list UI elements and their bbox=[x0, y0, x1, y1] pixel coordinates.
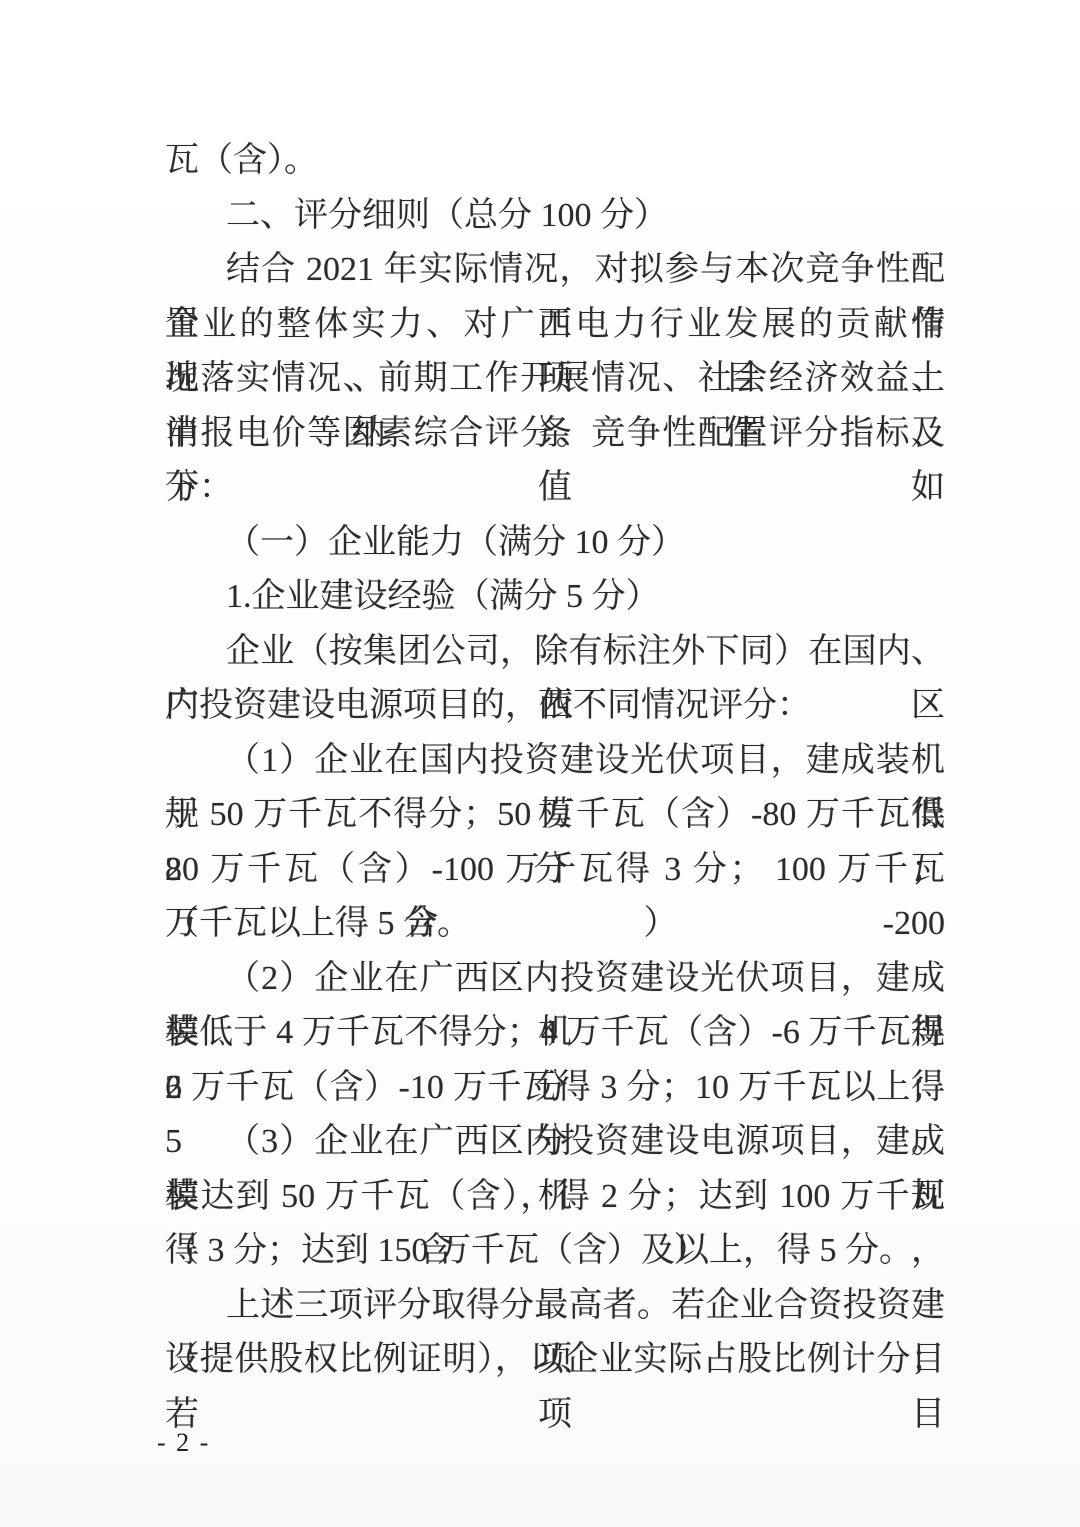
section-heading: 二、评分细则（总分 100 分） bbox=[165, 189, 945, 244]
text-line: 于 50 万千瓦不得分；50 万千瓦（含）-80 万千瓦得 2 分； bbox=[165, 788, 945, 843]
text-line: 瓦（含）。 bbox=[165, 134, 945, 189]
text-line: 地落实情况、前期工作开展情况、社会经济效益、消纳条件、 bbox=[165, 352, 945, 407]
text-line: 结合 2021 年实际情况，对拟参与本次竞争性配置工作 bbox=[165, 243, 945, 298]
text-line: 企业的整体实力、对广西电力行业发展的贡献情况、项目土 bbox=[165, 298, 945, 353]
text-line: （提供股权比例证明），以企业实际占股比例计分；若项目 bbox=[165, 1333, 945, 1388]
text-line: （3）企业在广西区内投资建设电源项目，建成装机规 bbox=[165, 1115, 945, 1170]
text-line: 80 万千瓦（含）-100 万千瓦得 3 分； 100 万千瓦（含）-200 bbox=[165, 843, 945, 898]
document-text-block: 瓦（含）。 二、评分细则（总分 100 分） 结合 2021 年实际情况，对拟参… bbox=[165, 134, 945, 1388]
page-number: - 2 - bbox=[157, 1426, 210, 1460]
subsection-heading: （一）企业能力（满分 10 分） bbox=[165, 516, 945, 571]
text-line: 6 万千瓦（含）-10 万千瓦得 3 分；10 万千瓦以上得 5 分。 bbox=[165, 1061, 945, 1116]
text-line: （1）企业在国内投资建设光伏项目，建成装机规模低 bbox=[165, 734, 945, 789]
text-line: 上述三项评分取得分最高者。若企业合资投资建设项目 bbox=[165, 1279, 945, 1334]
text-line: （2）企业在广西区内投资建设光伏项目，建成装机规 bbox=[165, 952, 945, 1007]
text-line: 模达到 50 万千瓦（含），得 2 分；达到 100 万千瓦（含）， bbox=[165, 1170, 945, 1225]
text-line: 得 3 分；达到 150 万千瓦（含）及以上，得 5 分。 bbox=[165, 1224, 945, 1279]
text-line: 企业（按集团公司，除有标注外下同）在国内、广西区 bbox=[165, 625, 945, 680]
subsection-heading: 1.企业建设经验（满分 5 分） bbox=[165, 570, 945, 625]
text-line: 申报电价等因素综合评分。竞争性配置评分指标及分值如 bbox=[165, 407, 945, 462]
text-line: 模低于 4 万千瓦不得分；4 万千瓦（含）-6 万千瓦得 2 分； bbox=[165, 1006, 945, 1061]
document-page: 瓦（含）。 二、评分细则（总分 100 分） 结合 2021 年实际情况，对拟参… bbox=[0, 0, 1080, 1527]
